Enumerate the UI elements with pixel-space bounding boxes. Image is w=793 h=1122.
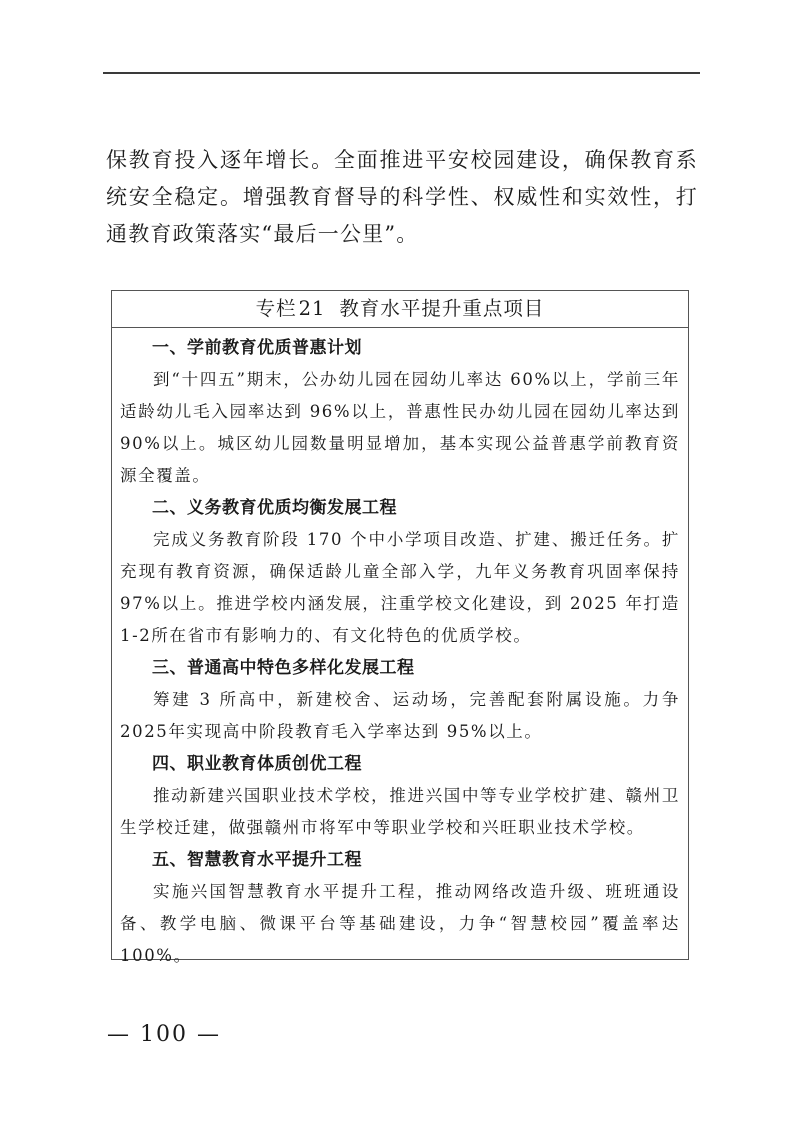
section-body: 推动新建兴国职业技术学校，推进兴国中等专业学校扩建、赣州卫生学校迁建，做强赣州市… [120, 780, 680, 844]
box-title: 专栏21教育水平提升重点项目 [112, 291, 688, 328]
section-vocational: 四、职业教育体质创优工程 推动新建兴国职业技术学校，推进兴国中等专业学校扩建、赣… [120, 748, 680, 844]
section-high-school: 三、普通高中特色多样化发展工程 筹建 3 所高中，新建校舍、运动场，完善配套附属… [120, 652, 680, 748]
section-heading: 一、学前教育优质普惠计划 [120, 332, 680, 364]
box-title-number: 21 [299, 297, 326, 320]
page-number: — 100 — [107, 1022, 221, 1047]
section-heading: 五、智慧教育水平提升工程 [120, 844, 680, 876]
box-title-prefix: 专栏 [256, 297, 297, 320]
section-compulsory: 二、义务教育优质均衡发展工程 完成义务教育阶段 170 个中小学项目改造、扩建、… [120, 492, 680, 652]
header-rule [103, 72, 700, 74]
section-heading: 四、职业教育体质创优工程 [120, 748, 680, 780]
intro-text: 保教育投入逐年增长。全面推进平安校园建设，确保教育系统安全稳定。增强教育督导的科… [106, 142, 698, 253]
box-body: 一、学前教育优质普惠计划 到“十四五”期末，公办幼儿园在园幼儿率达 60%以上，… [112, 328, 688, 972]
section-smart-education: 五、智慧教育水平提升工程 实施兴国智慧教育水平提升工程，推动网络改造升级、班班通… [120, 844, 680, 972]
box-title-text: 教育水平提升重点项目 [339, 297, 544, 320]
section-body: 实施兴国智慧教育水平提升工程，推动网络改造升级、班班通设备、教学电脑、微课平台等… [120, 876, 680, 972]
section-heading: 三、普通高中特色多样化发展工程 [120, 652, 680, 684]
intro-paragraph: 保教育投入逐年增长。全面推进平安校园建设，确保教育系统安全稳定。增强教育督导的科… [106, 142, 698, 253]
section-body: 到“十四五”期末，公办幼儿园在园幼儿率达 60%以上，学前三年适龄幼儿毛入园率达… [120, 364, 680, 492]
feature-box: 专栏21教育水平提升重点项目 一、学前教育优质普惠计划 到“十四五”期末，公办幼… [111, 290, 689, 960]
section-preschool: 一、学前教育优质普惠计划 到“十四五”期末，公办幼儿园在园幼儿率达 60%以上，… [120, 332, 680, 492]
section-body: 筹建 3 所高中，新建校舍、运动场，完善配套附属设施。力争 2025年实现高中阶… [120, 684, 680, 748]
section-body: 完成义务教育阶段 170 个中小学项目改造、扩建、搬迁任务。扩充现有教育资源，确… [120, 524, 680, 652]
section-heading: 二、义务教育优质均衡发展工程 [120, 492, 680, 524]
